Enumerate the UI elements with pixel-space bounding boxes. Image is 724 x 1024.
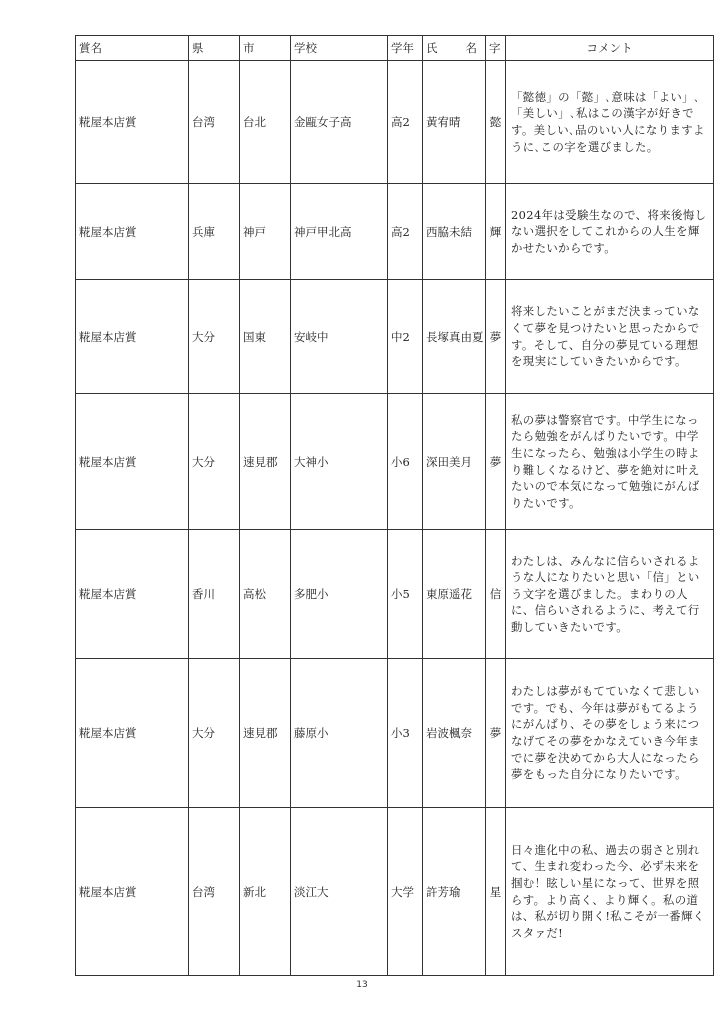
cell-name: 黃宥晴: [423, 61, 486, 184]
header-city: 市: [240, 36, 291, 61]
cell-city: 新北: [240, 808, 291, 976]
cell-grade: 小5: [388, 530, 423, 659]
cell-school: 多肥小: [291, 530, 388, 659]
cell-award: 糀屋本店賞: [76, 659, 189, 808]
cell-prefecture: 大分: [189, 659, 240, 808]
awards-table: 賞名 県 市 学校 学年 氏名 字 コメント 糀屋本店賞 台湾 台北 金甌女子高…: [75, 35, 714, 976]
cell-school: 金甌女子高: [291, 61, 388, 184]
cell-kanji: 夢: [486, 280, 506, 394]
header-name-family: 氏: [426, 41, 438, 55]
cell-kanji: 夢: [486, 394, 506, 530]
cell-city: 速見郡: [240, 394, 291, 530]
table-row: 糀屋本店賞 台湾 新北 淡江大 大学 許芳瑜 星 日々進化中の私、過去の弱さと別…: [76, 808, 714, 976]
table-row: 糀屋本店賞 大分 速見郡 大神小 小6 深田美月 夢 私の夢は警察官です。中学生…: [76, 394, 714, 530]
header-name: 氏名: [423, 36, 486, 61]
cell-city: 速見郡: [240, 659, 291, 808]
header-comment: コメント: [506, 36, 714, 61]
cell-kanji: 輝: [486, 184, 506, 280]
cell-school: 大神小: [291, 394, 388, 530]
document-page: 賞名 県 市 学校 学年 氏名 字 コメント 糀屋本店賞 台湾 台北 金甌女子高…: [0, 0, 724, 1024]
cell-name: 岩波楓奈: [423, 659, 486, 808]
cell-award: 糀屋本店賞: [76, 61, 189, 184]
cell-comment: 2024年は受験生なので、将来後悔しない選択をしてこれからの人生を輝かせたいから…: [506, 184, 714, 280]
cell-grade: 小6: [388, 394, 423, 530]
cell-name: 東原遥花: [423, 530, 486, 659]
cell-comment: 日々進化中の私、過去の弱さと別れて、生まれ変わった今、必ず未来を掴む！眩しい星に…: [506, 808, 714, 976]
cell-kanji: 懿: [486, 61, 506, 184]
page-number: 13: [0, 980, 724, 990]
header-grade: 学年: [388, 36, 423, 61]
table-header-row: 賞名 県 市 学校 学年 氏名 字 コメント: [76, 36, 714, 61]
cell-prefecture: 兵庫: [189, 184, 240, 280]
cell-kanji: 夢: [486, 659, 506, 808]
cell-grade: 大学: [388, 808, 423, 976]
cell-award: 糀屋本店賞: [76, 280, 189, 394]
cell-prefecture: 台湾: [189, 808, 240, 976]
header-award: 賞名: [76, 36, 189, 61]
cell-grade: 高2: [388, 184, 423, 280]
cell-grade: 中2: [388, 280, 423, 394]
header-kanji: 字: [486, 36, 506, 61]
cell-school: 藤原小: [291, 659, 388, 808]
cell-prefecture: 大分: [189, 280, 240, 394]
cell-grade: 高2: [388, 61, 423, 184]
table-row: 糀屋本店賞 大分 国東 安岐中 中2 長塚真由夏 夢 将来したいことがまだ決まっ…: [76, 280, 714, 394]
cell-kanji: 星: [486, 808, 506, 976]
cell-city: 台北: [240, 61, 291, 184]
cell-city: 神戸: [240, 184, 291, 280]
header-school: 学校: [291, 36, 388, 61]
cell-name: 深田美月: [423, 394, 486, 530]
table-row: 糀屋本店賞 大分 速見郡 藤原小 小3 岩波楓奈 夢 わたしは夢がもてていなくて…: [76, 659, 714, 808]
header-prefecture: 県: [189, 36, 240, 61]
table-row: 糀屋本店賞 香川 高松 多肥小 小5 東原遥花 信 わたしは、みんなに信らいされ…: [76, 530, 714, 659]
cell-comment: 将来したいことがまだ決まっていなくて夢を見つけたいと思ったからです。そして、自分…: [506, 280, 714, 394]
cell-school: 安岐中: [291, 280, 388, 394]
cell-city: 国東: [240, 280, 291, 394]
header-name-given: 名: [466, 41, 478, 55]
cell-city: 高松: [240, 530, 291, 659]
cell-kanji: 信: [486, 530, 506, 659]
cell-school: 神戸甲北高: [291, 184, 388, 280]
cell-comment: わたしは、みんなに信らいされるような人になりたいと思い「信」という文字を選びまし…: [506, 530, 714, 659]
table-row: 糀屋本店賞 兵庫 神戸 神戸甲北高 高2 西脇未結 輝 2024年は受験生なので…: [76, 184, 714, 280]
cell-prefecture: 大分: [189, 394, 240, 530]
cell-name: 西脇未結: [423, 184, 486, 280]
cell-name: 長塚真由夏: [423, 280, 486, 394]
cell-school: 淡江大: [291, 808, 388, 976]
cell-comment: 「懿徳」の「懿」､意味は「よい」､「美しい」､私はこの漢字が好きです。美しい､品…: [506, 61, 714, 184]
cell-comment: わたしは夢がもてていなくて悲しいです。でも、今年は夢がもてるようにがんばり、その…: [506, 659, 714, 808]
cell-prefecture: 香川: [189, 530, 240, 659]
cell-award: 糀屋本店賞: [76, 808, 189, 976]
cell-comment: 私の夢は警察官です。中学生になったら勉強をがんばりたいです。中学生になったら、勉…: [506, 394, 714, 530]
cell-grade: 小3: [388, 659, 423, 808]
cell-award: 糀屋本店賞: [76, 394, 189, 530]
cell-name: 許芳瑜: [423, 808, 486, 976]
cell-award: 糀屋本店賞: [76, 530, 189, 659]
table-row: 糀屋本店賞 台湾 台北 金甌女子高 高2 黃宥晴 懿 「懿徳」の「懿」､意味は「…: [76, 61, 714, 184]
cell-award: 糀屋本店賞: [76, 184, 189, 280]
cell-prefecture: 台湾: [189, 61, 240, 184]
